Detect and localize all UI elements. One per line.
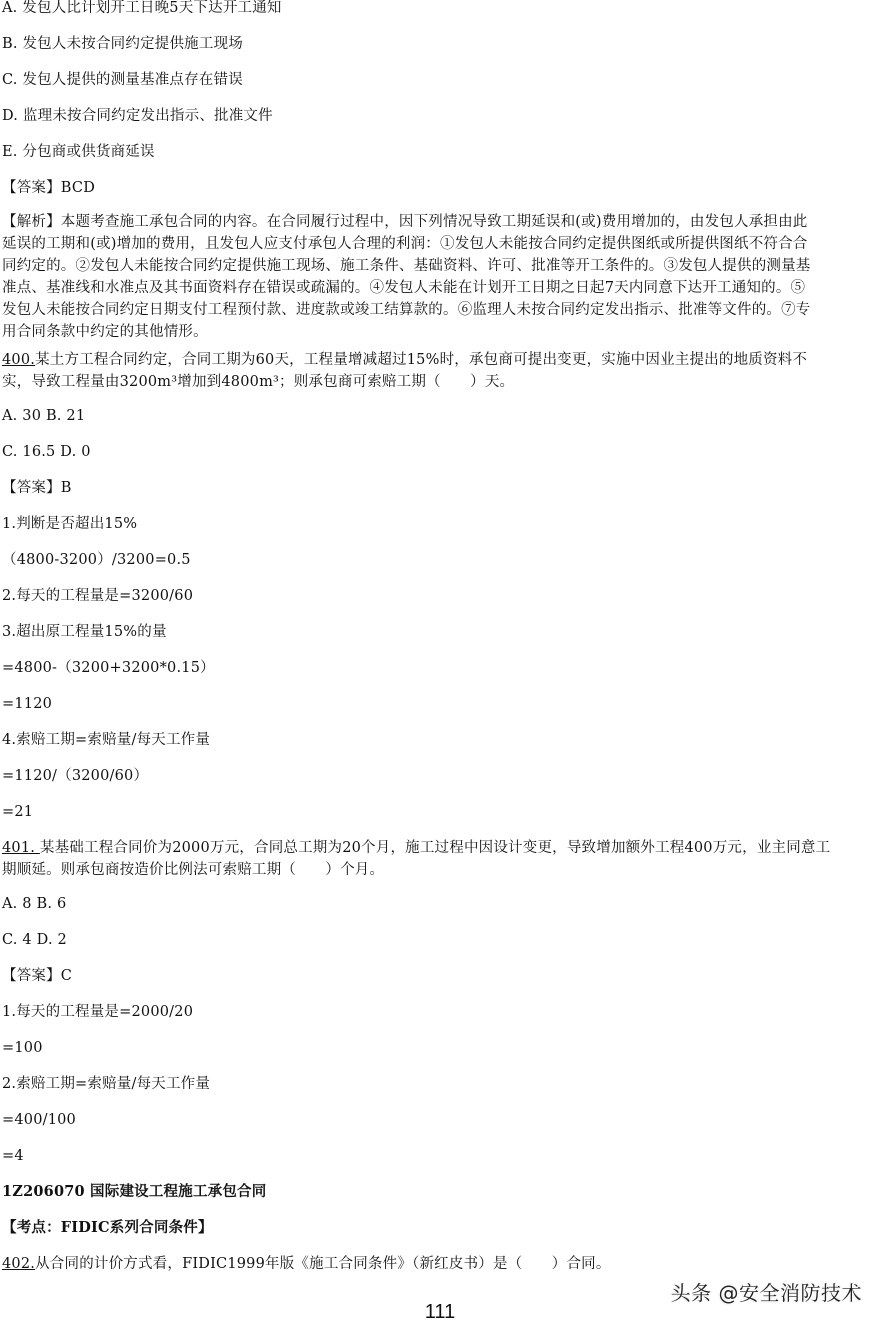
- options-cd: C. 4 D. 2: [2, 930, 880, 950]
- question-402: 402.从合同的计价方式看，FIDIC1999年版《施工合同条件》（新红皮书）是…: [2, 1254, 880, 1274]
- answer-label: 【答案】C: [2, 966, 880, 986]
- question-number: 400.: [2, 352, 35, 368]
- topic-heading: 【考点：FIDIC系列合同条件】: [2, 1218, 880, 1238]
- option-b: B. 发包人未按合同约定提供施工现场: [2, 34, 880, 54]
- analysis-line: 同约定的。②发包人未能按合同约定提供施工现场、施工条件、基础资料、许可、批准等开…: [2, 256, 880, 276]
- option-a: A. 发包人比计划开工日晚5天下达开工通知: [2, 0, 880, 18]
- solution-step: （4800-3200）/3200=0.5: [2, 550, 880, 570]
- solution-step: =1120: [2, 694, 880, 714]
- question-stem: 从合同的计价方式看，FIDIC1999年版《施工合同条件》（新红皮书）是（ ）合…: [35, 1256, 611, 1272]
- question-stem-line: 某基础工程合同价为2000万元，合同总工期为20个月，施工过程中因设计变更，导致…: [40, 840, 830, 856]
- question-stem-line: 实，导致工程量由3200m³增加到4800m³；则承包商可索赔工期（ ）天。: [2, 372, 880, 392]
- options-ab: A. 8 B. 6: [2, 894, 880, 914]
- question-number: 402.: [2, 1256, 35, 1272]
- question-stem-line: 期顺延。则承包商按造价比例法可索赔工期（ ）个月。: [2, 860, 880, 880]
- option-e: E. 分包商或供货商延误: [2, 142, 880, 162]
- solution-step: 1.判断是否超出15%: [2, 514, 880, 534]
- solution-step: =4: [2, 1146, 880, 1166]
- solution-step: 2.索赔工期=索赔量/每天工作量: [2, 1074, 880, 1094]
- solution-step: 4.索赔工期=索赔量/每天工作量: [2, 730, 880, 750]
- solution-step: 3.超出原工程量15%的量: [2, 622, 880, 642]
- solution-step: =4800-（3200+3200*0.15）: [2, 658, 880, 678]
- question-stem: 401. 某基础工程合同价为2000万元，合同总工期为20个月，施工过程中因设计…: [2, 838, 880, 858]
- answer-label: 【答案】B: [2, 478, 880, 498]
- page-number: 111: [0, 1300, 880, 1324]
- options-ab: A. 30 B. 21: [2, 406, 880, 426]
- question-stem-line: 某土方工程合同约定，合同工期为60天，工程量增减超过15%时，承包商可提出变更，…: [35, 352, 807, 368]
- solution-step: =100: [2, 1038, 880, 1058]
- analysis-line: 准点、基准线和水准点及其书面资料存在错误或疏漏的。④发包人未能在计划开工日期之日…: [2, 278, 880, 298]
- analysis-line: 用合同条款中约定的其他情形。: [2, 322, 880, 342]
- solution-step: 1.每天的工程量是=2000/20: [2, 1002, 880, 1022]
- analysis-line: 发包人未能按合同约定日期支付工程预付款、进度款或竣工结算款的。⑥监理人未按合同约…: [2, 300, 880, 320]
- solution-step: =21: [2, 802, 880, 822]
- options-cd: C. 16.5 D. 0: [2, 442, 880, 462]
- option-c: C. 发包人提供的测量基准点存在错误: [2, 70, 880, 90]
- solution-step: 2.每天的工程量是=3200/60: [2, 586, 880, 606]
- solution-step: =1120/（3200/60）: [2, 766, 880, 786]
- analysis-line: 延误的工期和(或)增加的费用，且发包人应支付承包人合理的利润：①发包人未能按合同…: [2, 234, 880, 254]
- option-d: D. 监理未按合同约定发出指示、批准文件: [2, 106, 880, 126]
- solution-step: =400/100: [2, 1110, 880, 1130]
- question-stem: 400.某土方工程合同约定，合同工期为60天，工程量增减超过15%时，承包商可提…: [2, 350, 880, 370]
- answer-label: 【答案】BCD: [2, 178, 880, 198]
- question-number: 401.: [2, 840, 40, 856]
- analysis-line: 【解析】本题考查施工承包合同的内容。在合同履行过程中，因下列情况导致工期延误和(…: [2, 212, 880, 232]
- section-title: 1Z206070 国际建设工程施工承包合同: [2, 1182, 880, 1202]
